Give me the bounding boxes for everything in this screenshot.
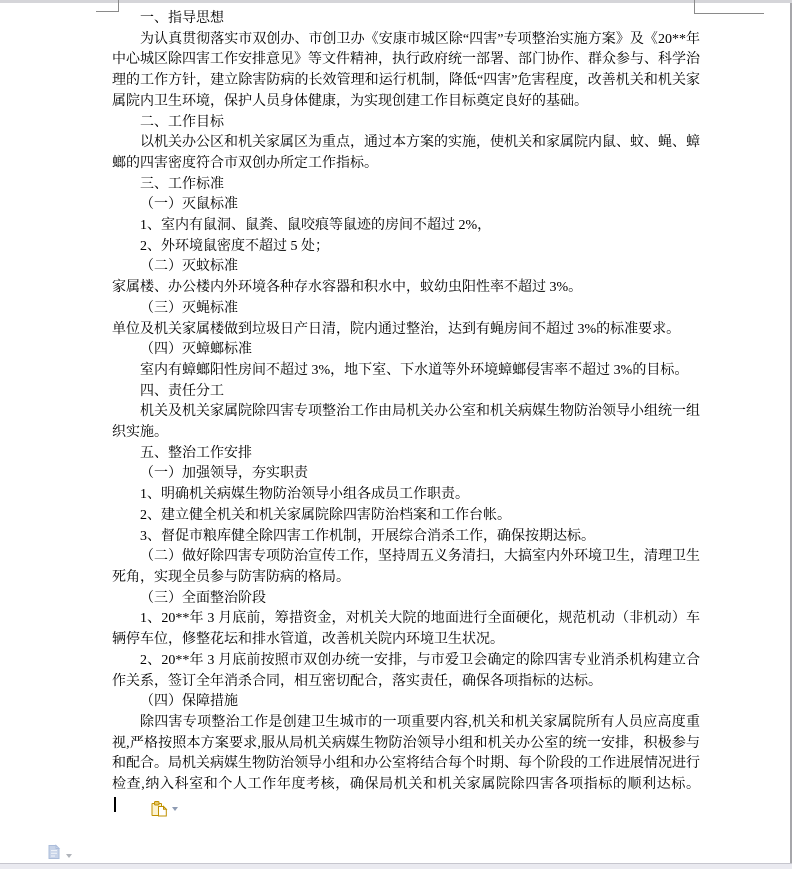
paragraph: （三）全面整治阶段 [112, 589, 700, 610]
paragraph-text: 三、工作标准 [140, 177, 224, 192]
paragraph: （四）保障措施 [112, 692, 700, 713]
paragraph-text: （一）加强领导，夯实职责 [140, 466, 308, 481]
paragraph-text: 家属楼、办公楼内外环境各种存水容器和积水中，蚊幼虫阳性率不超过 3%。 [112, 280, 582, 295]
paragraph: （三）灭蝇标准 [112, 299, 700, 320]
paragraph-text: 为认真贯彻落实市双创办、市创卫办《安康市城区除“四害”专项整治实施方案》及《20… [112, 32, 700, 109]
paste-options-button[interactable] [123, 799, 178, 820]
paragraph: 家属楼、办公楼内外环境各种存水容器和积水中，蚊幼虫阳性率不超过 3%。 [112, 278, 700, 299]
paragraph: 机关及机关家属院除四害专项整治工作由局机关办公室和机关病媒生物防治领导小组统一组… [112, 402, 700, 443]
paragraph: 1、室内有鼠洞、鼠粪、鼠咬痕等鼠迹的房间不超过 2%， [112, 216, 700, 237]
paragraph-text: 除四害专项整治工作是创建卫生城市的一项重要内容,机关和机关家属院所有人员应高度重… [112, 715, 700, 792]
paragraph-text: （三）全面整治阶段 [140, 591, 266, 606]
paragraph: 2、外环境鼠密度不超过 5 处； [112, 237, 700, 258]
paragraph-text: 3、督促市粮库健全除四害工作机制，开展综合消杀工作，确保按期达标。 [140, 529, 595, 544]
paragraph: （二）做好除四害专项防治宣传工作，坚持周五义务清扫，大搞室内外环境卫生，清理卫生… [112, 547, 700, 588]
text-cursor [114, 797, 116, 812]
paragraph: 单位及机关家属楼做到垃圾日产日清，院内通过整治，达到有蝇房间不超过 3%的标准要… [112, 320, 700, 341]
paragraph-text: （一）灭鼠标准 [140, 197, 238, 212]
paragraph-text: （二）灭蚊标准 [140, 259, 238, 274]
paragraph-text: （二）做好除四害专项防治宣传工作，坚持周五义务清扫，大搞室内外环境卫生，清理卫生… [112, 549, 700, 585]
paragraph: 五、整治工作安排 [112, 444, 700, 465]
paragraph: 四、责任分工 [112, 382, 700, 403]
paragraph: （一）灭鼠标准 [112, 195, 700, 216]
paragraph-text: （四）灭蟑螂标准 [140, 342, 252, 357]
horizontal-scrollbar-edge[interactable] [0, 863, 792, 869]
paragraph-text: 二、工作目标 [140, 115, 224, 130]
paragraph-text: （四）保障措施 [140, 694, 238, 709]
paragraph-text: 一、指导思想 [140, 11, 224, 26]
paste-faded-document-icon [46, 844, 62, 860]
paragraph-text: 以机关办公区和机关家属区为重点，通过本方案的实施，使机关和家属院内鼠、蚊、蝇、蟑… [112, 135, 700, 171]
paragraph-text: 2、外环境鼠密度不超过 5 处； [140, 239, 329, 254]
clipboard-paste-icon [151, 801, 168, 817]
paragraph: 1、20**年 3 月底前，筹措资金，对机关大院的地面进行全面硬化，规范机动（非… [112, 609, 700, 650]
paragraph: 3、督促市粮库健全除四害工作机制，开展综合消杀工作，确保按期达标。 [112, 527, 700, 548]
paragraph-text: 1、室内有鼠洞、鼠粪、鼠咬痕等鼠迹的房间不超过 2%， [140, 218, 491, 233]
paragraph-text: 四、责任分工 [140, 384, 224, 399]
paragraph: （四）灭蟑螂标准 [112, 340, 700, 361]
paste-options-faded-button[interactable] [46, 844, 72, 862]
paragraph: 一、指导思想 [112, 9, 700, 30]
margin-cropmark-top-right-icon [694, 0, 764, 14]
paragraph: 以机关办公区和机关家属区为重点，通过本方案的实施，使机关和家属院内鼠、蚊、蝇、蟑… [112, 133, 700, 174]
paragraph: 2、建立健全机关和机关家属院除四害防治档案和工作台帐。 [112, 506, 700, 527]
paragraph: 2、20**年 3 月底前按照市双创办统一安排，与市爱卫会确定的除四害专业消杀机… [112, 651, 700, 692]
paragraph: 室内有蟑螂阳性房间不超过 3%，地下室、下水道等外环境蟑螂侵害率不超过 3%的目… [112, 361, 700, 382]
paragraph-text: 1、20**年 3 月底前，筹措资金，对机关大院的地面进行全面硬化，规范机动（非… [112, 611, 700, 647]
paragraph-text: 机关及机关家属院除四害专项整治工作由局机关办公室和机关病媒生物防治领导小组统一组… [112, 404, 700, 440]
paragraph: 二、工作目标 [112, 113, 700, 134]
paragraph-text: 室内有蟑螂阳性房间不超过 3%，地下室、下水道等外环境蟑螂侵害率不超过 3%的目… [140, 363, 688, 378]
paragraph: 为认真贯彻落实市双创办、市创卫办《安康市城区除“四害”专项整治实施方案》及《20… [112, 30, 700, 113]
paragraph-text: 2、建立健全机关和机关家属院除四害防治档案和工作台帐。 [140, 508, 511, 523]
paragraph: 1、明确机关病媒生物防治领导小组各成员工作职责。 [112, 485, 700, 506]
paste-faded-dropdown-arrow-icon[interactable] [66, 854, 72, 858]
paragraph: （一）加强领导，夯实职责 [112, 464, 700, 485]
paragraph-text: 1、明确机关病媒生物防治领导小组各成员工作职责。 [140, 487, 469, 502]
paragraph-text: 2、20**年 3 月底前按照市双创办统一安排，与市爱卫会确定的除四害专业消杀机… [112, 653, 700, 689]
document-body[interactable]: 一、指导思想为认真贯彻落实市双创办、市创卫办《安康市城区除“四害”专项整治实施方… [112, 9, 700, 819]
paragraph: （二）灭蚊标准 [112, 257, 700, 278]
paragraph-text: （三）灭蝇标准 [140, 301, 238, 316]
paste-options-dropdown-arrow-icon[interactable] [172, 807, 178, 811]
paragraph: 三、工作标准 [112, 175, 700, 196]
paragraph-text: 五、整治工作安排 [140, 446, 252, 461]
paragraph: 除四害专项整治工作是创建卫生城市的一项重要内容,机关和机关家属院所有人员应高度重… [112, 713, 700, 820]
paragraph-text: 单位及机关家属楼做到垃圾日产日清，院内通过整治，达到有蝇房间不超过 3%的标准要… [112, 322, 680, 337]
